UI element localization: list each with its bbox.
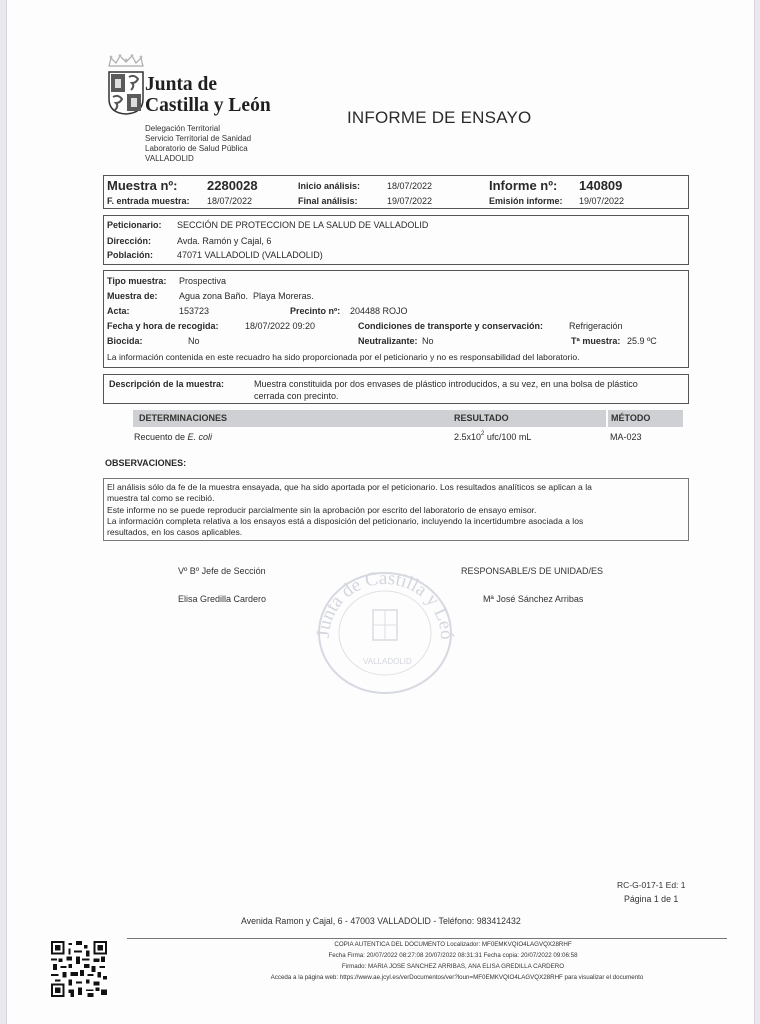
seal-label: Precinto nº: xyxy=(290,306,340,316)
biocide-value: No xyxy=(188,336,200,346)
transport-conditions-label: Condiciones de transporte y conservación… xyxy=(358,321,543,331)
org-name: Junta de Castilla y León xyxy=(145,74,271,116)
left-signature-title: Vº Bº Jefe de Sección xyxy=(178,566,266,576)
observations-title: OBSERVACIONES: xyxy=(105,458,186,468)
column-header-method: MÉTODO xyxy=(608,410,683,427)
sample-box: Tipo muestra: Prospectiva Muestra de: Ag… xyxy=(103,270,689,368)
document-code: RC-G-017-1 Ed: 1 xyxy=(617,880,686,890)
analysis-start-value: 18/07/2022 xyxy=(387,181,432,191)
analysis-end-label: Final análisis: xyxy=(298,196,358,206)
column-header-determinations: DETERMINACIONES xyxy=(133,410,453,427)
biocide-label: Biocida: xyxy=(107,336,143,346)
sample-of-value: Agua zona Baño. Playa Moreras. xyxy=(179,291,314,301)
requester-label: Peticionario: xyxy=(107,220,162,230)
issue-date-label: Emisión informe: xyxy=(489,196,563,206)
sample-type-value: Prospectiva xyxy=(179,276,226,286)
collection-datetime-value: 18/07/2022 09:20 xyxy=(245,321,315,331)
footer-divider xyxy=(127,938,727,939)
description-box: Descripción de la muestra: Muestra const… xyxy=(103,374,689,404)
left-signature-name: Elisa Gredilla Cardero xyxy=(178,594,266,604)
authentic-copy-line: COPIA AUTENTICA DEL DOCUMENTO Localizado… xyxy=(173,941,733,948)
record-value: 153723 xyxy=(179,306,209,316)
observations-text: El análisis sólo da fe de la muestra ens… xyxy=(107,482,592,538)
footer-address: Avenida Ramon y Cajal, 6 - 47003 VALLADO… xyxy=(241,916,521,926)
issue-date-value: 19/07/2022 xyxy=(579,196,624,206)
coat-of-arms-icon xyxy=(108,71,144,115)
org-name-line2: Castilla y León xyxy=(145,95,271,116)
document-page: Junta de Castilla y León Delegación Terr… xyxy=(6,0,755,1024)
sample-temp-label: Tª muestra: xyxy=(571,336,620,346)
org-sub-line: Laboratorio de Salud Pública xyxy=(145,144,251,154)
signed-by-line: Firmado: MARIA JOSE SANCHEZ ARRIBAS, ANA… xyxy=(173,963,733,970)
sample-number-value: 2280028 xyxy=(207,178,258,193)
result-unit: ufc/100 mL xyxy=(484,432,531,442)
town-value: 47071 VALLADOLID (VALLADOLID) xyxy=(177,250,323,260)
right-signature-title: RESPONSABLE/S DE UNIDAD/ES xyxy=(461,566,603,576)
org-sub-line: Servicio Territorial de Sanidad xyxy=(145,134,251,144)
transport-conditions-value: Refrigeración xyxy=(569,321,623,331)
observation-line: muestra tal como se recibió. xyxy=(107,493,592,504)
verification-link[interactable]: Acceda a la página web: https://www.ae.j… xyxy=(157,974,757,981)
org-sub-line: Delegación Territorial xyxy=(145,124,251,134)
observation-line: El análisis sólo da fe de la muestra ens… xyxy=(107,482,592,493)
determination-text: Recuento de xyxy=(134,432,188,442)
address-value: Avda. Ramón y Cajal, 6 xyxy=(177,236,271,246)
sample-disclaimer: La información contenida en este recuadr… xyxy=(107,352,579,362)
table-row-result: 2.5x102 ufc/100 mL xyxy=(454,432,531,442)
org-name-line1: Junta de xyxy=(145,74,271,95)
analysis-end-value: 19/07/2022 xyxy=(387,196,432,206)
qr-code-icon[interactable] xyxy=(51,940,107,998)
requester-value: SECCIÓN DE PROTECCION DE LA SALUD DE VAL… xyxy=(177,220,428,230)
description-line: cerrada con precinto. xyxy=(254,391,339,401)
sample-type-label: Tipo muestra: xyxy=(107,276,166,286)
report-number-value: 140809 xyxy=(579,178,622,193)
document-title: INFORME DE ENSAYO xyxy=(347,108,531,128)
entry-date-label: F. entrada muestra: xyxy=(107,196,190,206)
description-line: Muestra constituida por dos envases de p… xyxy=(254,379,638,389)
neutralizer-value: No xyxy=(422,336,434,346)
collection-datetime-label: Fecha y hora de recogida: xyxy=(107,321,219,331)
analysis-start-label: Inicio análisis: xyxy=(298,181,360,191)
record-label: Acta: xyxy=(107,306,130,316)
signature-dates-line: Fecha Firma: 20/07/2022 08:27:08 20/07/2… xyxy=(173,952,733,959)
org-sub-line: VALLADOLID xyxy=(145,154,251,164)
neutralizer-label: Neutralizante: xyxy=(358,336,418,346)
result-base: 2.5x10 xyxy=(454,432,481,442)
org-subtitle: Delegación Territorial Servicio Territor… xyxy=(145,124,251,164)
report-number-label: Informe nº: xyxy=(489,178,557,193)
observation-line: resultados, en los casos aplicables. xyxy=(107,527,592,538)
town-label: Población: xyxy=(107,250,153,260)
svg-text:VALLADOLID: VALLADOLID xyxy=(363,657,412,666)
official-stamp-icon: Junta de Castilla y León VALLADOLID xyxy=(315,568,455,698)
entry-date-value: 18/07/2022 xyxy=(207,196,252,206)
sample-temp-value: 25.9 ºC xyxy=(627,336,657,346)
observations-box: El análisis sólo da fe de la muestra ens… xyxy=(103,478,689,541)
right-signature-name: Mª José Sánchez Arribas xyxy=(483,594,583,604)
sample-of-label: Muestra de: xyxy=(107,291,158,301)
organism-name: E. coli xyxy=(188,432,213,442)
observation-line: La información completa relativa a los e… xyxy=(107,516,592,527)
result-exponent: 2 xyxy=(481,431,484,437)
seal-value: 204488 ROJO xyxy=(350,306,408,316)
description-label: Descripción de la muestra: xyxy=(109,379,224,389)
address-label: Dirección: xyxy=(107,236,151,246)
sample-number-label: Muestra nº: xyxy=(107,178,177,193)
crown-icon xyxy=(107,54,145,68)
table-row-determination: Recuento de E. coli xyxy=(134,432,212,442)
page-number: Página 1 de 1 xyxy=(624,894,678,904)
observation-line: Este informe no se puede reproducir parc… xyxy=(107,505,592,516)
requester-box: Peticionario: SECCIÓN DE PROTECCION DE L… xyxy=(103,215,689,265)
column-header-result: RESULTADO xyxy=(450,410,606,427)
summary-box: Muestra nº: 2280028 F. entrada muestra: … xyxy=(103,175,689,209)
table-row-method: MA-023 xyxy=(610,432,642,442)
